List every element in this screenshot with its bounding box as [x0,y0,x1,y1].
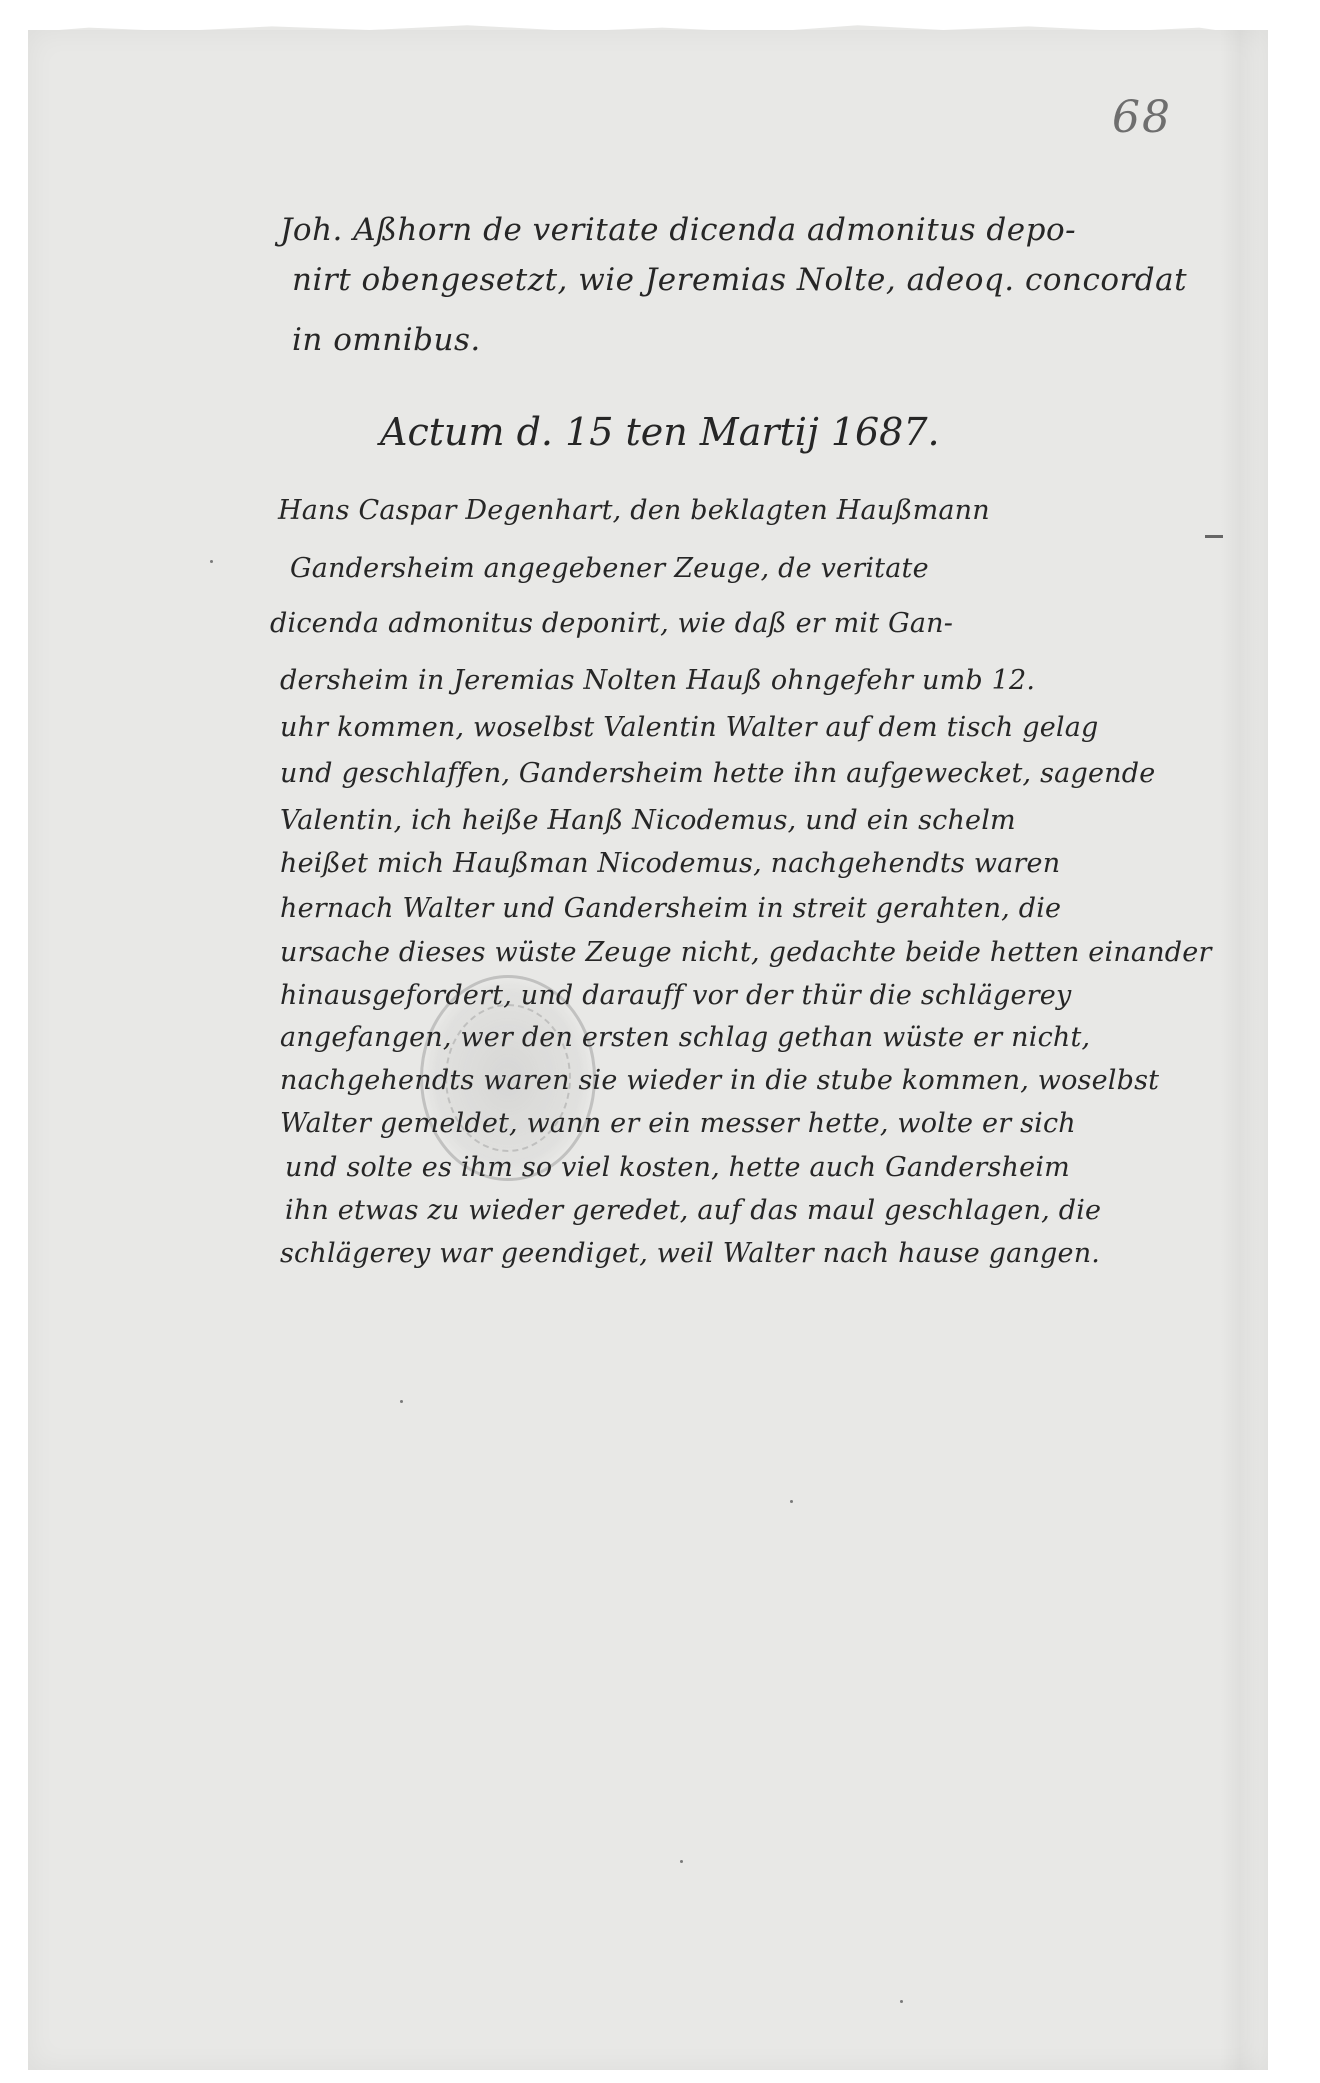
body-line: uhr kommen, woselbst Valentin Walter auf… [280,712,1098,743]
body-line: schlägerey war geendiget, weil Walter na… [280,1238,1100,1269]
body-line: hernach Walter und Gandersheim in streit… [280,893,1061,924]
heading-line: nirt obengesetzt, wie Jeremias Nolte, ad… [292,262,1187,298]
body-line: dersheim in Jeremias Nolten Hauß ohngefe… [280,665,1035,696]
body-line: und solte es ihm so viel kosten, hette a… [285,1152,1070,1183]
body-line: nachgehendts waren sie wieder in die stu… [280,1065,1159,1096]
margin-mark [1205,535,1223,538]
body-line: heißet mich Haußman Nicodemus, nachgehen… [280,848,1060,879]
folio-number: 68 [1112,92,1172,143]
body-line: ihn etwas zu wieder geredet, auf das mau… [285,1195,1101,1226]
body-line: ursache dieses wüste Zeuge nicht, gedach… [280,937,1212,968]
paper-speck [900,2000,903,2003]
body-line: angefangen, wer den ersten schlag gethan… [280,1022,1090,1053]
heading-line: in omnibus. [292,322,481,358]
body-line: hinausgefordert, und darauff vor der thü… [280,980,1071,1011]
paper-speck [680,1860,683,1863]
body-line: Hans Caspar Degenhart, den beklagten Hau… [278,495,990,526]
paper-speck [790,1500,793,1503]
body-line: Gandersheim angegebener Zeuge, de verita… [290,553,929,584]
paper-speck [400,1400,403,1403]
paper-speck [210,560,213,563]
body-line: Valentin, ich heiße Hanß Nicodemus, und … [280,805,1016,836]
body-line: dicenda admonitus deponirt, wie daß er m… [270,608,953,639]
heading-line: Joh. Aßhorn de veritate dicenda admonitu… [280,212,1076,248]
body-line: Walter gemeldet, wann er ein messer hett… [280,1108,1076,1139]
body-line: und geschlaffen, Gandersheim hette ihn a… [280,758,1155,789]
date-line: Actum d. 15 ten Martij 1687. [380,410,940,454]
